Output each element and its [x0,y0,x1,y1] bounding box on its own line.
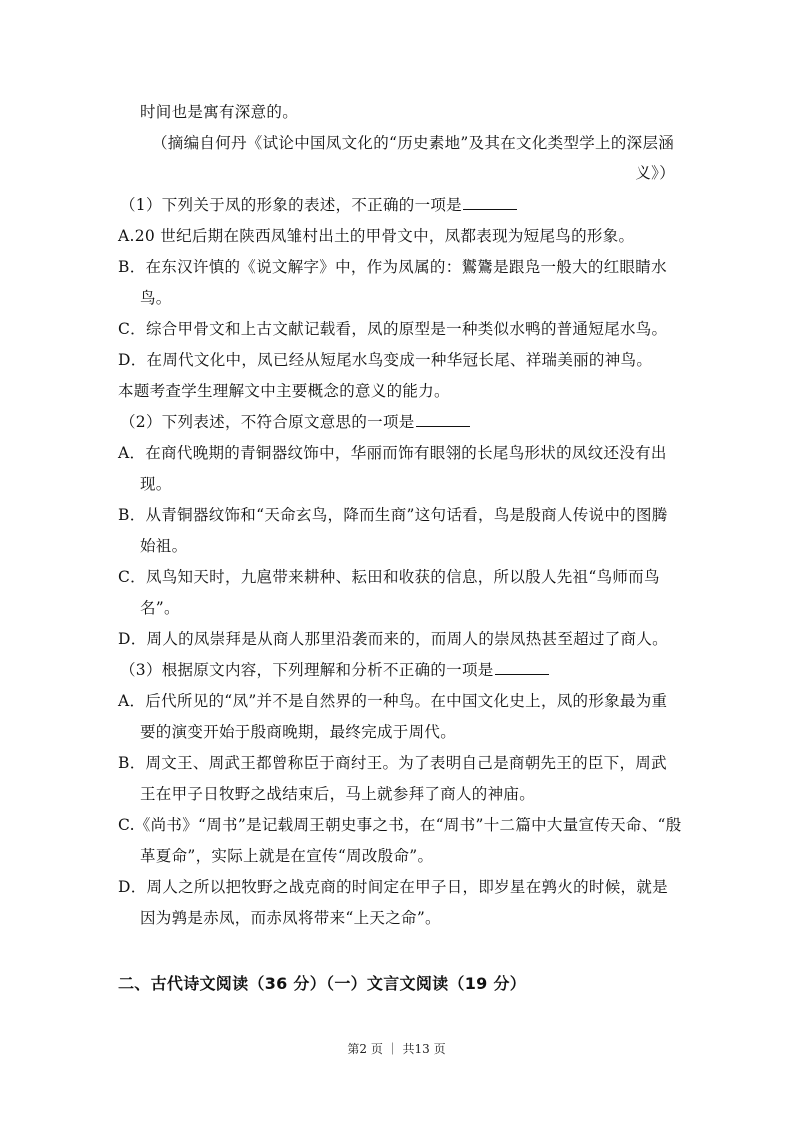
section-heading: 二、古代诗文阅读（36 分）（一）文言文阅读（19 分） [118,974,526,994]
q1-option-c: C．综合甲骨文和上古文献记载看，凤的原型是一种类似水鸭的普通短尾水鸟。 [118,319,667,339]
source-citation-line1: （摘编自何丹《试论中国凤文化的“历史素地”及其在文化类型学上的深层涵 [152,133,674,153]
q2-option-c-cont: 名”。 [140,598,180,618]
answer-blank [463,195,517,210]
q2-option-a: A．在商代晚期的青铜器纹饰中，华丽而饰有眼翎的长尾鸟形状的凤纹还没有出 [118,443,667,463]
q3-option-b: B．周文王、周武王都曾称臣于商纣王。为了表明自己是商朝先王的臣下，周武 [118,753,667,773]
passage-closing-line: 时间也是寓有深意的。 [140,102,298,122]
question-2-stem: （2）下列表述，不符合原文意思的一项是 [120,412,470,432]
q3-option-b-cont: 王在甲子日牧野之战结束后，马上就参拜了商人的神庙。 [140,784,535,804]
question-3-stem: （3）根据原文内容，下列理解和分析不正确的一项是 [120,660,549,680]
q1-note: 本题考查学生理解文中主要概念的意义的能力。 [118,381,450,401]
q3-option-d: D．周人之所以把牧野之战克商的时间定在甲子日，即岁星在鹑火的时候，就是 [118,877,668,897]
answer-blank [416,412,470,427]
q3-option-a-cont: 要的演变开始于殷商晚期，最终完成于周代。 [140,722,456,742]
q2-option-b: B．从青铜器纹饰和“天命玄鸟，降而生商”这句话看，鸟是殷商人传说中的图腾 [118,505,668,525]
q1-option-b: B．在东汉许慎的《说文解字》中，作为凤属的：鸑鷟是跟凫一般大的红眼睛水 [118,257,667,277]
answer-blank [495,660,549,675]
q1-option-a: A.20 世纪后期在陕西凤雏村出土的甲骨文中，凤都表现为短尾鸟的形象。 [118,226,634,246]
q3-option-c-cont: 革夏命”，实际上就是在宣传“周改殷命”。 [140,846,433,866]
source-citation-line2: 义》） [635,163,675,183]
q3-option-c: C.《尚书》“周书”是记载周王朝史事之书，在“周书”十二篇中大量宣传天命、“殷 [118,815,682,835]
q2-option-a-cont: 现。 [140,474,172,494]
question-1-stem: （1）下列关于凤的形象的表述，不正确的一项是 [120,195,517,215]
q2-option-c: C．凤鸟知天时，九扈带来耕种、耘田和收获的信息，所以殷人先祖“鸟师而鸟 [118,567,660,587]
q2-option-b-cont: 始祖。 [140,536,187,556]
document-page: 时间也是寓有深意的。 （摘编自何丹《试论中国凤文化的“历史素地”及其在文化类型学… [0,0,793,1122]
q3-option-d-cont: 因为鹑是赤凤，而赤凤将带来“上天之命”。 [140,908,441,928]
q1-option-d: D．在周代文化中，凤已经从短尾水鸟变成一种华冠长尾、祥瑞美丽的神鸟。 [118,350,652,370]
q2-option-d: D．周人的凤崇拜是从商人那里沿袭而来的，而周人的崇凤热甚至超过了商人。 [118,629,668,649]
q3-option-a: A．后代所见的“凤”并不是自然界的一种鸟。在中国文化史上，凤的形象最为重 [118,691,667,711]
page-footer: 第2 页 ｜ 共13 页 [0,1040,793,1057]
q1-option-b-cont: 鸟。 [140,288,172,308]
